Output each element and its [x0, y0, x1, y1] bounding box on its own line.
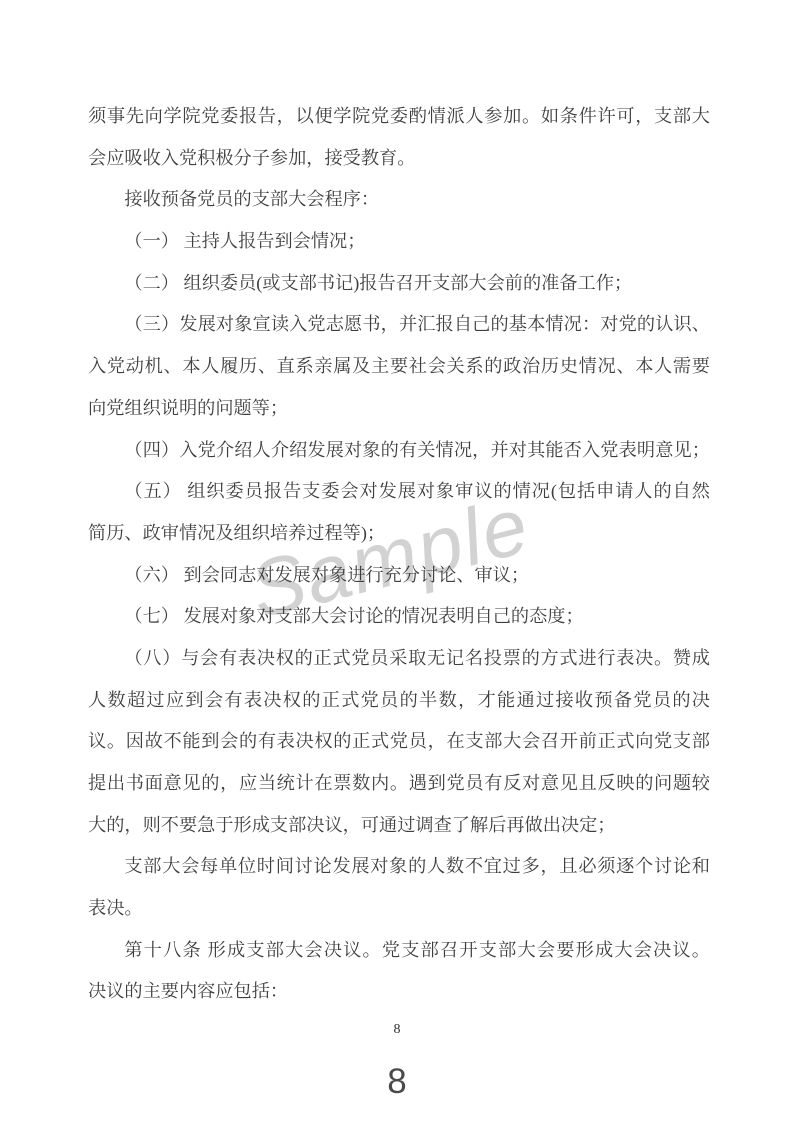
text-line: 入党动机、本人履历、直系亲属及主要社会关系的政治历史情况、本人需要 — [88, 346, 710, 388]
document-body: 须事先向学院党委报告，以便学院党委酌情派人参加。如条件许可，支部大 会应吸收入党… — [88, 96, 710, 1013]
text-line: （六） 到会同志对发展对象进行充分讨论、审议； — [88, 555, 710, 597]
viewer-page-label: 8 — [0, 1062, 794, 1102]
document-page: Sample 须事先向学院党委报告，以便学院党委酌情派人参加。如条件许可，支部大… — [0, 0, 794, 1122]
text-line: （二） 组织委员(或支部书记)报告召开支部大会前的准备工作； — [88, 263, 710, 305]
text-line: 向党组织说明的问题等； — [88, 388, 710, 430]
text-line: 会应吸收入党积极分子参加，接受教育。 — [88, 138, 710, 180]
text-line: 大的，则不要急于形成支部决议，可通过调查了解后再做出决定； — [88, 805, 710, 847]
text-line: 须事先向学院党委报告，以便学院党委酌情派人参加。如条件许可，支部大 — [88, 96, 710, 138]
text-line: （七） 发展对象对支部大会讨论的情况表明自己的态度； — [88, 596, 710, 638]
text-line: （八）与会有表决权的正式党员采取无记名投票的方式进行表决。赞成 — [88, 638, 710, 680]
text-line: 人数超过应到会有表决权的正式党员的半数，才能通过接收预备党员的决 — [88, 680, 710, 722]
text-line: 决议的主要内容应包括： — [88, 971, 710, 1013]
text-line: （三）发展对象宣读入党志愿书，并汇报自己的基本情况：对党的认识、 — [88, 304, 710, 346]
text-line: （四）入党介绍人介绍发展对象的有关情况，并对其能否入党表明意见； — [88, 430, 710, 472]
text-line: 表决。 — [88, 888, 710, 930]
text-line: 接收预备党员的支部大会程序： — [88, 179, 710, 221]
text-line: 第十八条 形成支部大会决议。党支部召开支部大会要形成大会决议。 — [88, 930, 710, 972]
text-line: 简历、政审情况及组织培养过程等)； — [88, 513, 710, 555]
text-line: 提出书面意见的，应当统计在票数内。遇到党员有反对意见且反映的问题较 — [88, 763, 710, 805]
text-line: 支部大会每单位时间讨论发展对象的人数不宜过多，且必须逐个讨论和 — [88, 846, 710, 888]
text-line: 议。因故不能到会的有表决权的正式党员，在支部大会召开前正式向党支部 — [88, 721, 710, 763]
text-line: （一） 主持人报告到会情况； — [88, 221, 710, 263]
footer-page-number: 8 — [0, 1022, 794, 1038]
text-line: （五） 组织委员报告支委会对发展对象审议的情况(包括申请人的自然 — [88, 471, 710, 513]
